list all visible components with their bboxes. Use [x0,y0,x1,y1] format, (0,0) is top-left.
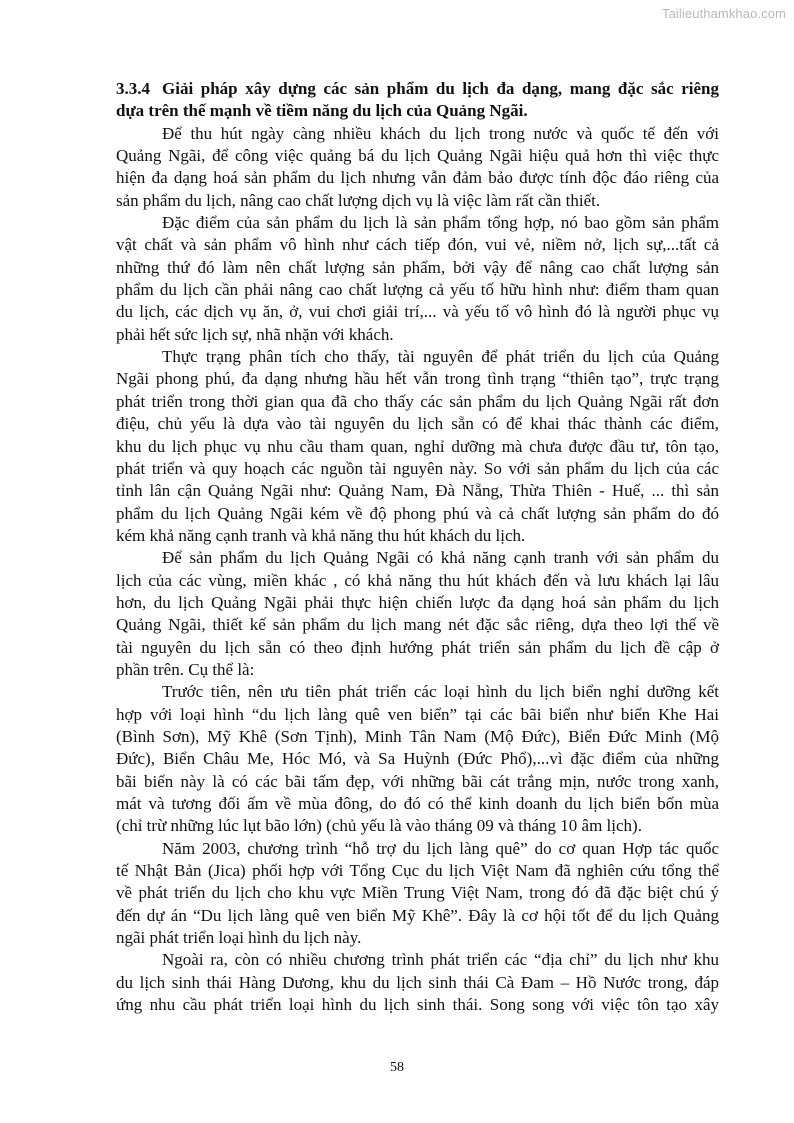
text-line: đến dự án “Du lịch làng quê ven biển Mỹ … [116,905,719,927]
paragraph-5: Trước tiên, nên ưu tiên phát triển các l… [116,681,719,837]
text-line: Ngãi phong phú, đa dạng nhưng hầu hết vẫ… [116,368,719,390]
section-number: 3.3.4 [116,78,162,100]
text-line: Để sản phẩm du lịch Quảng Ngãi có khả nă… [116,547,719,569]
text-line: du lịch sinh thái Hàng Dương, khu du lịc… [116,972,719,994]
text-line: phần trên. Cụ thể là: [116,659,719,681]
text-line: du lịch, các dịch vụ ăn, ở, vui chơi giả… [116,301,719,323]
text-line: Đặc điểm của sản phẩm du lịch là sản phẩ… [116,212,719,234]
watermark: Tailieuthamkhao.com [662,6,786,21]
text-line: lịch của các vùng, miền khác , có khả nă… [116,570,719,592]
text-line: phẩm du lịch cần phải nâng cao chất lượn… [116,279,719,301]
document-page: 3.3.4Giải pháp xây dựng các sản phẩm du … [116,78,719,1016]
text-line: tế Nhật Bản (Jica) phối hợp với Tổng Cục… [116,860,719,882]
text-line: ngãi phát triển loại hình du lịch này. [116,927,719,949]
text-line: kém khả năng cạnh tranh và khả năng thu … [116,525,719,547]
text-line: (Bình Sơn), Mỹ Khê (Sơn Tịnh), Minh Tân … [116,726,719,748]
text-line: ứng nhu cầu phát triển loại hình du lịch… [116,994,719,1016]
text-line: mát và tương đối ấm về mùa đông, do đó c… [116,793,719,815]
section-heading: 3.3.4Giải pháp xây dựng các sản phẩm du … [116,78,719,123]
paragraph-4: Để sản phẩm du lịch Quảng Ngãi có khả nă… [116,547,719,681]
text-line: Trước tiên, nên ưu tiên phát triển các l… [116,681,719,703]
paragraph-7: Ngoài ra, còn có nhiều chương trình phát… [116,949,719,1016]
text-line: Ngoài ra, còn có nhiều chương trình phát… [116,949,719,971]
text-line: phải hết sức lịch sự, nhã nhặn với khách… [116,324,719,346]
text-line: phẩm du lịch Quảng Ngãi kém về độ phong … [116,503,719,525]
text-line: bãi biển này là có các bãi tấm đẹp, với … [116,771,719,793]
text-line: sản phẩm du lịch, nâng cao chất lượng dị… [116,190,719,212]
text-line: hiện đa dạng hoá sản phẩm du lịch nhưng … [116,167,719,189]
paragraph-1: Để thu hút ngày càng nhiều khách du lịch… [116,123,719,212]
text-line: vật chất và sản phẩm vô hình như cách ti… [116,234,719,256]
text-line: (chỉ trừ những lúc lụt bão lớn) (chủ yếu… [116,815,719,837]
text-line: tỉnh lân cận Quảng Ngãi như: Quảng Nam, … [116,480,719,502]
text-line: phát triển và quy hoạch các nguồn tài ng… [116,458,719,480]
text-line: tài nguyên du lịch sẵn có theo định hướn… [116,637,719,659]
text-line: điệu, chủ yếu là dựa vào tài nguyên du l… [116,413,719,435]
text-line: Thực trạng phân tích cho thấy, tài nguyê… [116,346,719,368]
heading-line-1: 3.3.4Giải pháp xây dựng các sản phẩm du … [116,78,719,100]
paragraph-2: Đặc điểm của sản phẩm du lịch là sản phẩ… [116,212,719,346]
text-line: Quảng Ngãi, thiết kế sản phẩm du lịch ma… [116,614,719,636]
text-line: Năm 2003, chương trình “hỗ trợ du lịch l… [116,838,719,860]
text-line: hơn, du lịch Quảng Ngãi phải thực hiện c… [116,592,719,614]
paragraph-6: Năm 2003, chương trình “hỗ trợ du lịch l… [116,838,719,950]
paragraph-3: Thực trạng phân tích cho thấy, tài nguyê… [116,346,719,547]
page-number: 58 [0,1060,794,1076]
text-line: Để thu hút ngày càng nhiều khách du lịch… [116,123,719,145]
text-line: Đức), Biển Châu Me, Hóc Mó, và Sa Huỳnh … [116,748,719,770]
text-line: khu du lịch phục vụ nhu cầu tham quan, n… [116,436,719,458]
text-line: Quảng Ngãi, để công việc quảng bá du lịc… [116,145,719,167]
text-line: hợp với loại hình “du lịch làng quê ven … [116,704,719,726]
heading-line-2: dựa trên thế mạnh về tiềm năng du lịch c… [116,100,719,122]
text-line: phát triển trong thời gian qua đã cho th… [116,391,719,413]
text-line: về phát triển du lịch cho khu vực Miền T… [116,882,719,904]
text-line: những thứ đó làm nên chất lượng sản phẩm… [116,257,719,279]
